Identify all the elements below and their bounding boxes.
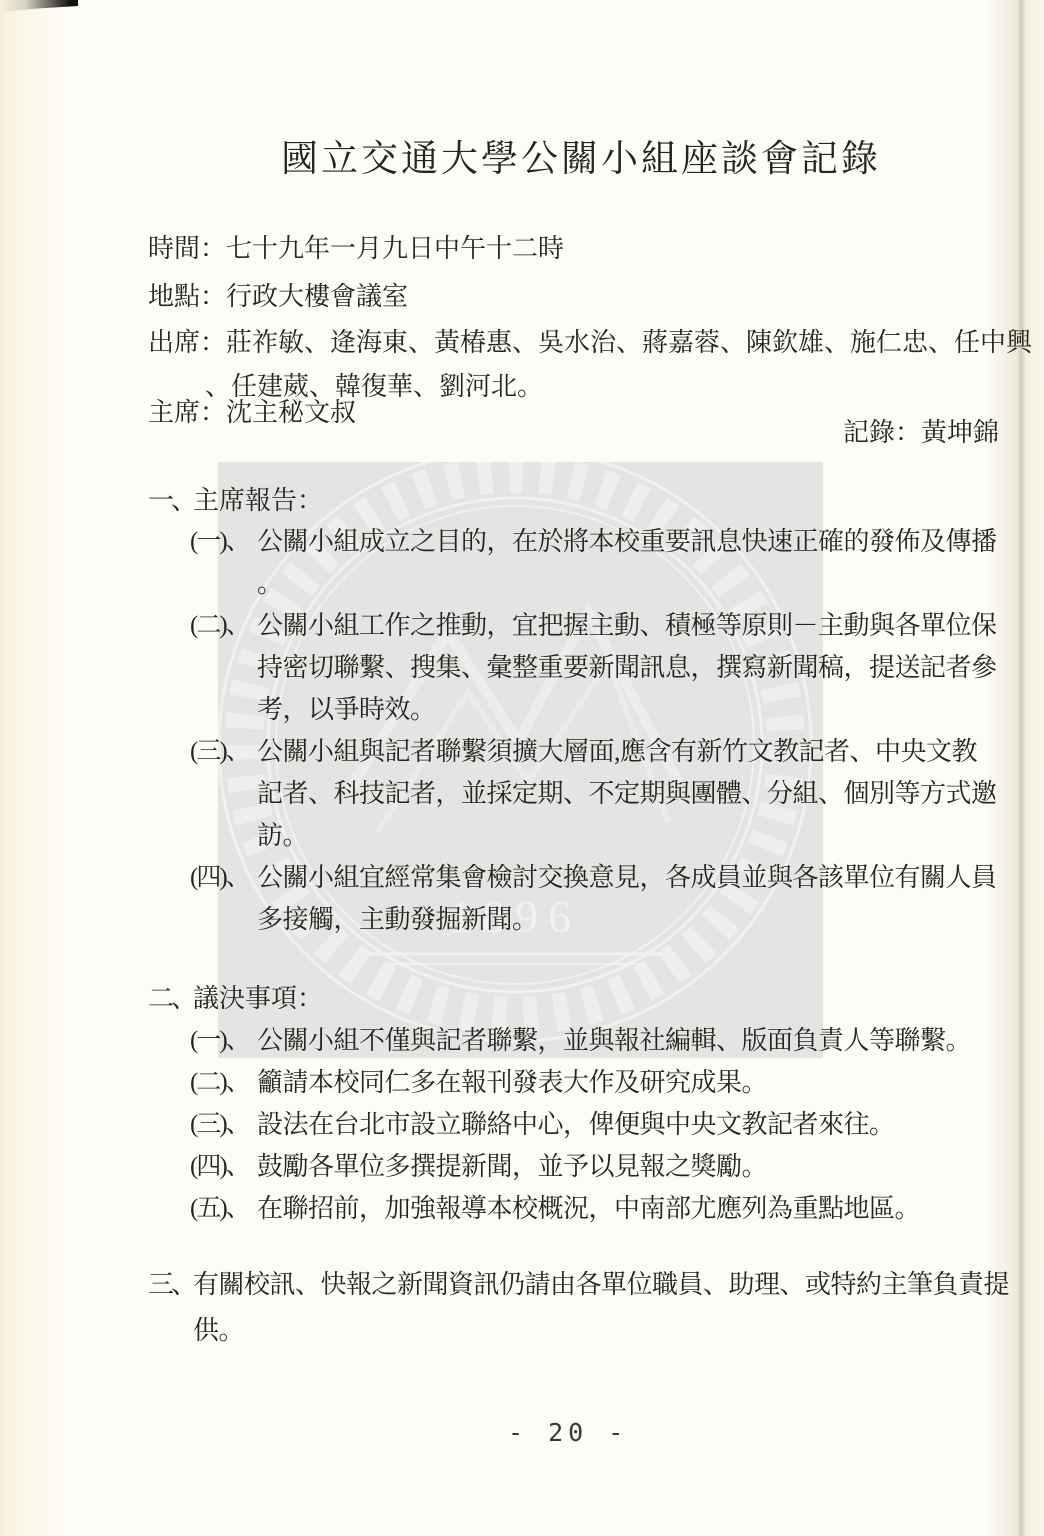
list-item: (五)、 在聯招前，加強報導本校概況，中南部尤應列為重點地區。 (190, 1188, 971, 1230)
attendees-value-line1: 莊祚敏、逄海東、黃椿惠、吳水治、蔣嘉蓉、陳欽雄、施仁忠、任中興 (226, 328, 1032, 357)
item-line: 公關小組宜經常集會檢討交換意見，各成員並與各該單位有關人員 (257, 857, 997, 899)
item-line: 公關小組與記者聯繫須擴大層面,應含有新竹文教記者、中央文教 (257, 731, 997, 773)
list-item: 三、 有關校訊、快報之新聞資訊仍請由各單位職員、助理、或特約主筆負責提 供。 (148, 1262, 1009, 1354)
item-line: 公關小組不僅與記者聯繫，並與報社編輯、版面負責人等聯繫。 (257, 1020, 971, 1062)
item-line: 鼓勵各單位多撰提新聞，並予以見報之獎勵。 (257, 1146, 767, 1188)
section-2-number: 二、 (148, 978, 193, 1015)
item-marker: (一)、 (190, 1020, 257, 1062)
item-marker: (二)、 (190, 605, 257, 647)
item-marker: (三)、 (190, 731, 257, 773)
item-line: 有關校訊、快報之新聞資訊仍請由各單位職員、助理、或特約主筆負責提 (193, 1262, 1009, 1308)
item-line: 設法在台北市設立聯絡中心，俾便與中央文教記者來往。 (257, 1104, 895, 1146)
place-value: 行政大樓會議室 (226, 282, 408, 311)
page-left-edge-shading (0, 0, 70, 1536)
meta-chair: 主席：沈主秘文叔 (148, 392, 356, 429)
section-1-items: (一)、 公關小組成立之目的，在於將本校重要訊息快速正確的發佈及傳播 。 (二)… (190, 521, 997, 941)
recorder-value: 黃坤錦 (921, 418, 999, 447)
time-label: 時間： (148, 234, 226, 263)
list-item: (三)、 公關小組與記者聯繫須擴大層面,應含有新竹文教記者、中央文教 記者、科技… (190, 731, 997, 857)
item-marker: (一)、 (190, 521, 257, 563)
place-label: 地點： (148, 282, 226, 311)
meta-time: 時間：七十九年一月九日中午十二時 (148, 228, 564, 265)
list-item: (四)、 公關小組宜經常集會檢討交換意見，各成員並與各該單位有關人員 多接觸，主… (190, 857, 997, 941)
item-line: 供。 (193, 1308, 1009, 1354)
item-marker: (四)、 (190, 1146, 257, 1188)
page-title: 國立交通大學公關小組座談會記錄 (148, 128, 1014, 182)
list-item: (四)、 鼓勵各單位多撰提新聞，並予以見報之獎勵。 (190, 1146, 971, 1188)
section-1-heading: 一、主席報告： (148, 480, 323, 517)
section-3-number: 三、 (148, 1262, 193, 1308)
section-2-items: (一)、 公關小組不僅與記者聯繫，並與報社編輯、版面負責人等聯繫。 (二)、 籲… (190, 1020, 971, 1230)
item-marker: (五)、 (190, 1188, 257, 1230)
item-line: 持密切聯繫、搜集、彙整重要新聞訊息，撰寫新聞稿，提送記者參 (257, 647, 997, 689)
list-item: (二)、 籲請本校同仁多在報刊發表大作及研究成果。 (190, 1062, 971, 1104)
list-item: (三)、 設法在台北市設立聯絡中心，俾便與中央文教記者來往。 (190, 1104, 971, 1146)
item-line: 在聯招前，加強報導本校概況，中南部尤應列為重點地區。 (257, 1188, 920, 1230)
meta-place: 地點：行政大樓會議室 (148, 276, 408, 313)
meta-attendees-line1: 出席：莊祚敏、逄海東、黃椿惠、吳水治、蔣嘉蓉、陳欽雄、施仁忠、任中興 (148, 322, 1032, 359)
item-line: 。 (257, 563, 997, 605)
item-line: 記者、科技記者，並採定期、不定期與團體、分組、個別等方式邀 (257, 773, 997, 815)
chair-value: 沈主秘文叔 (226, 398, 356, 427)
item-line: 考，以爭時效。 (257, 689, 997, 731)
item-marker: (三)、 (190, 1104, 257, 1146)
item-line: 公關小組成立之目的，在於將本校重要訊息快速正確的發佈及傳播 (257, 521, 997, 563)
chair-label: 主席： (148, 398, 226, 427)
section-2-title: 議決事項： (193, 984, 323, 1013)
item-line: 籲請本校同仁多在報刊發表大作及研究成果。 (257, 1062, 767, 1104)
item-marker: (四)、 (190, 857, 257, 899)
list-item: (二)、 公關小組工作之推動，宜把握主動、積極等原則－主動與各單位保 持密切聯繫… (190, 605, 997, 731)
section-3: 三、 有關校訊、快報之新聞資訊仍請由各單位職員、助理、或特約主筆負責提 供。 (148, 1262, 1009, 1354)
scanned-page: 1896 國立交通大學公關小組座談會記錄 時間：七十九年一月九日中午十二時 地點… (0, 0, 1044, 1536)
item-line: 訪。 (257, 815, 997, 857)
page-number: - 20 - (508, 1418, 628, 1447)
section-2-heading: 二、議決事項： (148, 978, 323, 1015)
item-line: 多接觸，主動發掘新聞。 (257, 899, 997, 941)
recorder-label: 記錄： (843, 418, 921, 447)
section-1-title: 主席報告： (193, 486, 323, 515)
list-item: (一)、 公關小組成立之目的，在於將本校重要訊息快速正確的發佈及傳播 。 (190, 521, 997, 605)
attendees-label: 出席： (148, 328, 226, 357)
time-value: 七十九年一月九日中午十二時 (226, 234, 564, 263)
section-1-number: 一、 (148, 480, 193, 517)
item-line: 公關小組工作之推動，宜把握主動、積極等原則－主動與各單位保 (257, 605, 997, 647)
scan-corner-artifact (0, 0, 78, 12)
item-marker: (二)、 (190, 1062, 257, 1104)
list-item: (一)、 公關小組不僅與記者聯繫，並與報社編輯、版面負責人等聯繫。 (190, 1020, 971, 1062)
meta-recorder: 記錄：黃坤錦 (843, 412, 999, 449)
